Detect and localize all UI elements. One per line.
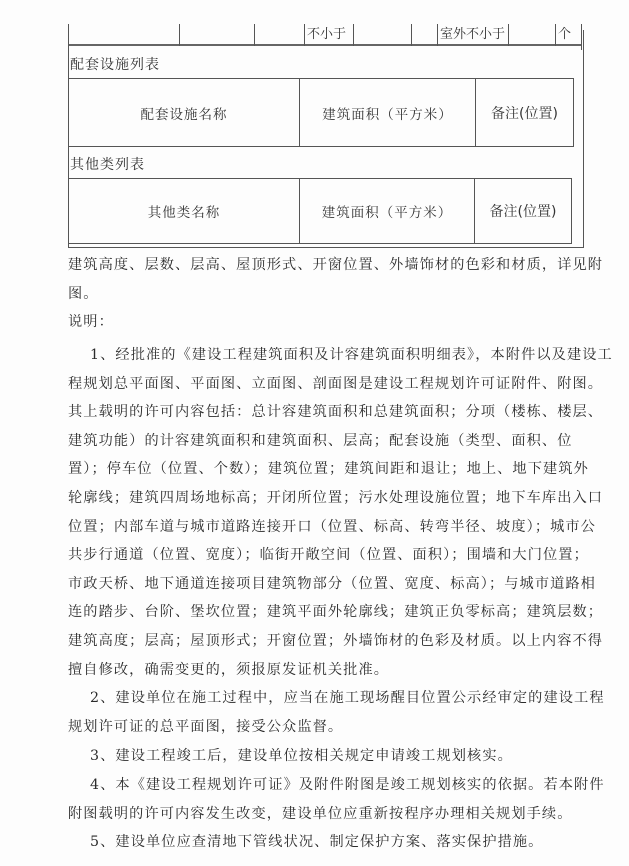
text-line: 建筑高度；层高；屋顶形式；开窗位置；外墙饰材的色彩及材质。以上内容不得 (68, 627, 588, 656)
column-divider (555, 24, 556, 46)
facilities-header-remark: 备注(位置) (475, 79, 573, 146)
text-line: 1、经批准的《建设工程建筑面积及计容建筑面积明细表》，本附件以及建设工 (68, 341, 588, 370)
other-header-remark: 备注(位置) (474, 179, 571, 243)
text-line: 3、建设工程竣工后，建设单位按相关规定申请竣工规划核实。 (68, 742, 588, 771)
note-item-2: 2、建设单位在施工过程中，应当在施工现场醒目位置公示经审定的建设工程 规划许可证… (68, 684, 588, 741)
text-line: 置）；停车位（位置、个数）；建筑位置；建筑间距和退让；地上、地下建筑外 (68, 455, 588, 484)
notes-label: 说明： (68, 308, 588, 337)
facilities-table: 配套设施名称 建筑面积（平方米） 备注(位置) (68, 78, 574, 147)
text-line: 图。 (68, 280, 588, 309)
text-line: 建筑高度、层数、层高、屋顶形式、开窗位置、外墙饰材的色彩和材质，详见附 (68, 251, 588, 280)
text-line: 其上载明的许可内容包括：总计容建筑面积和总建筑面积；分项（楼栋、楼层、 (68, 398, 588, 427)
other-header-name: 其他类名称 (69, 179, 299, 243)
text-line: 附图载明的许可内容发生改变，建设单位应重新按程序办理相关规划手续。 (68, 800, 588, 829)
other-table-title: 其他类列表 (70, 154, 145, 174)
text-line: 擅自修改，确需变更的，须报原发证机关批准。 (68, 656, 588, 685)
column-divider (179, 24, 180, 46)
table-cell-min-label: 不小于 (307, 23, 346, 42)
other-table: 其他类名称 建筑面积（平方米） 备注(位置) (68, 178, 572, 244)
text-line: 程规划总平面图、平面图、立面图、剖面图是建设工程规划许可证附件、附图。 (68, 370, 588, 399)
text-line: 5、建设单位应查清地下管线状况、制定保护方案、落实保护措施。 (68, 828, 588, 857)
column-divider (68, 24, 69, 46)
column-divider (254, 24, 255, 46)
document-page: 不小于 室外不小于 个 配套设施列表 配套设施名称 建筑面积（平方米） 备注(位… (0, 0, 629, 866)
facilities-table-title: 配套设施列表 (70, 54, 160, 74)
text-line: 连的踏步、台阶、堡坎位置；建筑平面外轮廓线；建筑正负零标高；建筑层数； (68, 598, 588, 627)
note-item-1: 1、经批准的《建设工程建筑面积及计容建筑面积明细表》，本附件以及建设工 程规划总… (68, 341, 588, 684)
table-cell-unit-label: 个 (558, 23, 571, 42)
column-divider (581, 24, 582, 50)
table-cell-outdoor-min-label: 室外不小于 (440, 23, 505, 42)
note-item-5: 5、建设单位应查清地下管线状况、制定保护方案、落实保护措施。 (68, 828, 588, 857)
note-item-4: 4、本《建设工程规划许可证》及附件附图是竣工规划核实的依据。若本附件 附图载明的… (68, 771, 588, 828)
text-line: 轮廓线；建筑四周场地标高；开闭所位置；污水处理设施位置；地下车库出入口 (68, 484, 588, 513)
column-divider (508, 24, 509, 46)
column-divider (411, 24, 412, 46)
column-divider (437, 24, 438, 46)
text-line: 市政天桥、地下通道连接项目建筑物部分（位置、宽度、标高）；与城市道路相 (68, 570, 588, 599)
text-line: 2、建设单位在施工过程中，应当在施工现场醒目位置公示经审定的建设工程 (68, 684, 588, 713)
text-line: 建筑功能）的计容建筑面积和建筑面积、层高；配套设施（类型、面积、位 (68, 427, 588, 456)
facilities-header-name: 配套设施名称 (69, 79, 299, 146)
column-divider (304, 24, 305, 46)
facilities-header-area: 建筑面积（平方米） (299, 79, 475, 146)
text-line: 位置；内部车道与城市道路连接开口（位置、标高、转弯半径、坡度）；城市公 (68, 513, 588, 542)
text-line: 共步行通道（位置、宽度）；临街开敞空间（位置、面积）；围墙和大门位置； (68, 541, 588, 570)
intro-paragraph: 建筑高度、层数、层高、屋顶形式、开窗位置、外墙饰材的色彩和材质，详见附 图。 说… (68, 251, 588, 337)
text-line: 4、本《建设工程规划许可证》及附件附图是竣工规划核实的依据。若本附件 (68, 771, 588, 800)
previous-table-last-row: 不小于 室外不小于 个 (68, 22, 582, 46)
column-divider (353, 24, 354, 46)
note-item-3: 3、建设工程竣工后，建设单位按相关规定申请竣工规划核实。 (68, 742, 588, 771)
text-line: 规划许可证的总平面图，接受公众监督。 (68, 713, 588, 742)
other-header-area: 建筑面积（平方米） (299, 179, 474, 243)
